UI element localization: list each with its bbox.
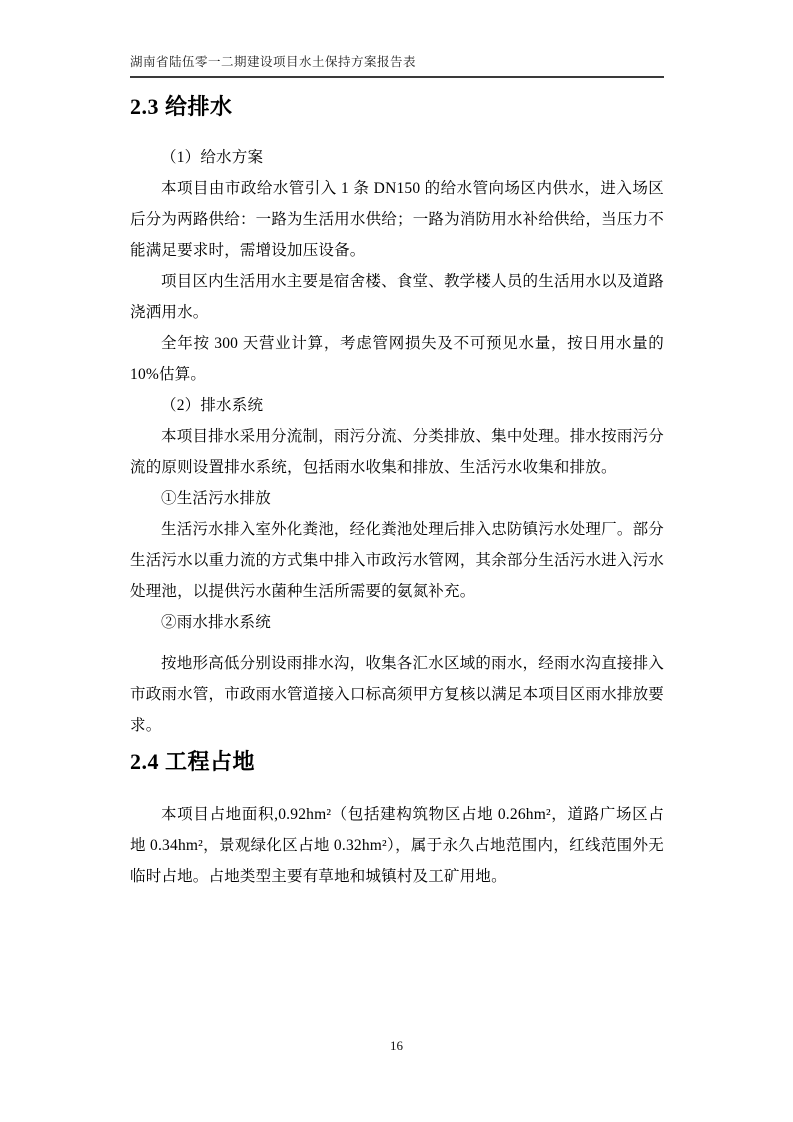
- page-header: 湖南省陆伍零一二期建设项目水土保持方案报告表: [130, 0, 664, 78]
- paragraph-sewage-treatment: 生活污水排入室外化粪池，经化粪池处理后排入忠防镇污水处理厂。部分生活污水以重力流…: [130, 514, 664, 607]
- paragraph-water-supply-intro: 本项目由市政给水管引入 1 条 DN150 的给水管向场区内供水，进入场区后分为…: [130, 173, 664, 266]
- paragraph-drainage-overview: 本项目排水采用分流制，雨污分流、分类排放、集中处理。排水按雨污分流的原则设置排水…: [130, 421, 664, 483]
- header-title: 湖南省陆伍零一二期建设项目水土保持方案报告表: [130, 55, 416, 69]
- page-footer: 16: [0, 1038, 793, 1054]
- subheading-drainage-system: （2）排水系统: [130, 390, 664, 421]
- subheading-sewage-discharge: ①生活污水排放: [130, 483, 664, 514]
- paragraph-rainwater-drainage: 按地形高低分别设雨排水沟，收集各汇水区域的雨水，经雨水沟直接排入市政雨水管，市政…: [130, 648, 664, 741]
- section-heading-2-3: 2.3 给排水: [130, 92, 664, 122]
- paragraph-annual-estimate: 全年按 300 天营业计算，考虑管网损失及不可预见水量，按日用水量的 10%估算…: [130, 328, 664, 390]
- subheading-rainwater-system: ②雨水排水系统: [130, 607, 664, 638]
- page-number: 16: [390, 1038, 403, 1053]
- document-page: 湖南省陆伍零一二期建设项目水土保持方案报告表 2.3 给排水 （1）给水方案 本…: [0, 0, 793, 1122]
- paragraph-domestic-water-use: 项目区内生活用水主要是宿舍楼、食堂、教学楼人员的生活用水以及道路浇洒用水。: [130, 266, 664, 328]
- subheading-water-supply-plan: （1）给水方案: [130, 142, 664, 173]
- paragraph-land-occupation: 本项目占地面积,0.92hm²（包括建构筑物区占地 0.26hm²，道路广场区占…: [130, 799, 664, 892]
- page-content: 湖南省陆伍零一二期建设项目水土保持方案报告表 2.3 给排水 （1）给水方案 本…: [130, 0, 664, 892]
- section-heading-2-4: 2.4 工程占地: [130, 747, 664, 777]
